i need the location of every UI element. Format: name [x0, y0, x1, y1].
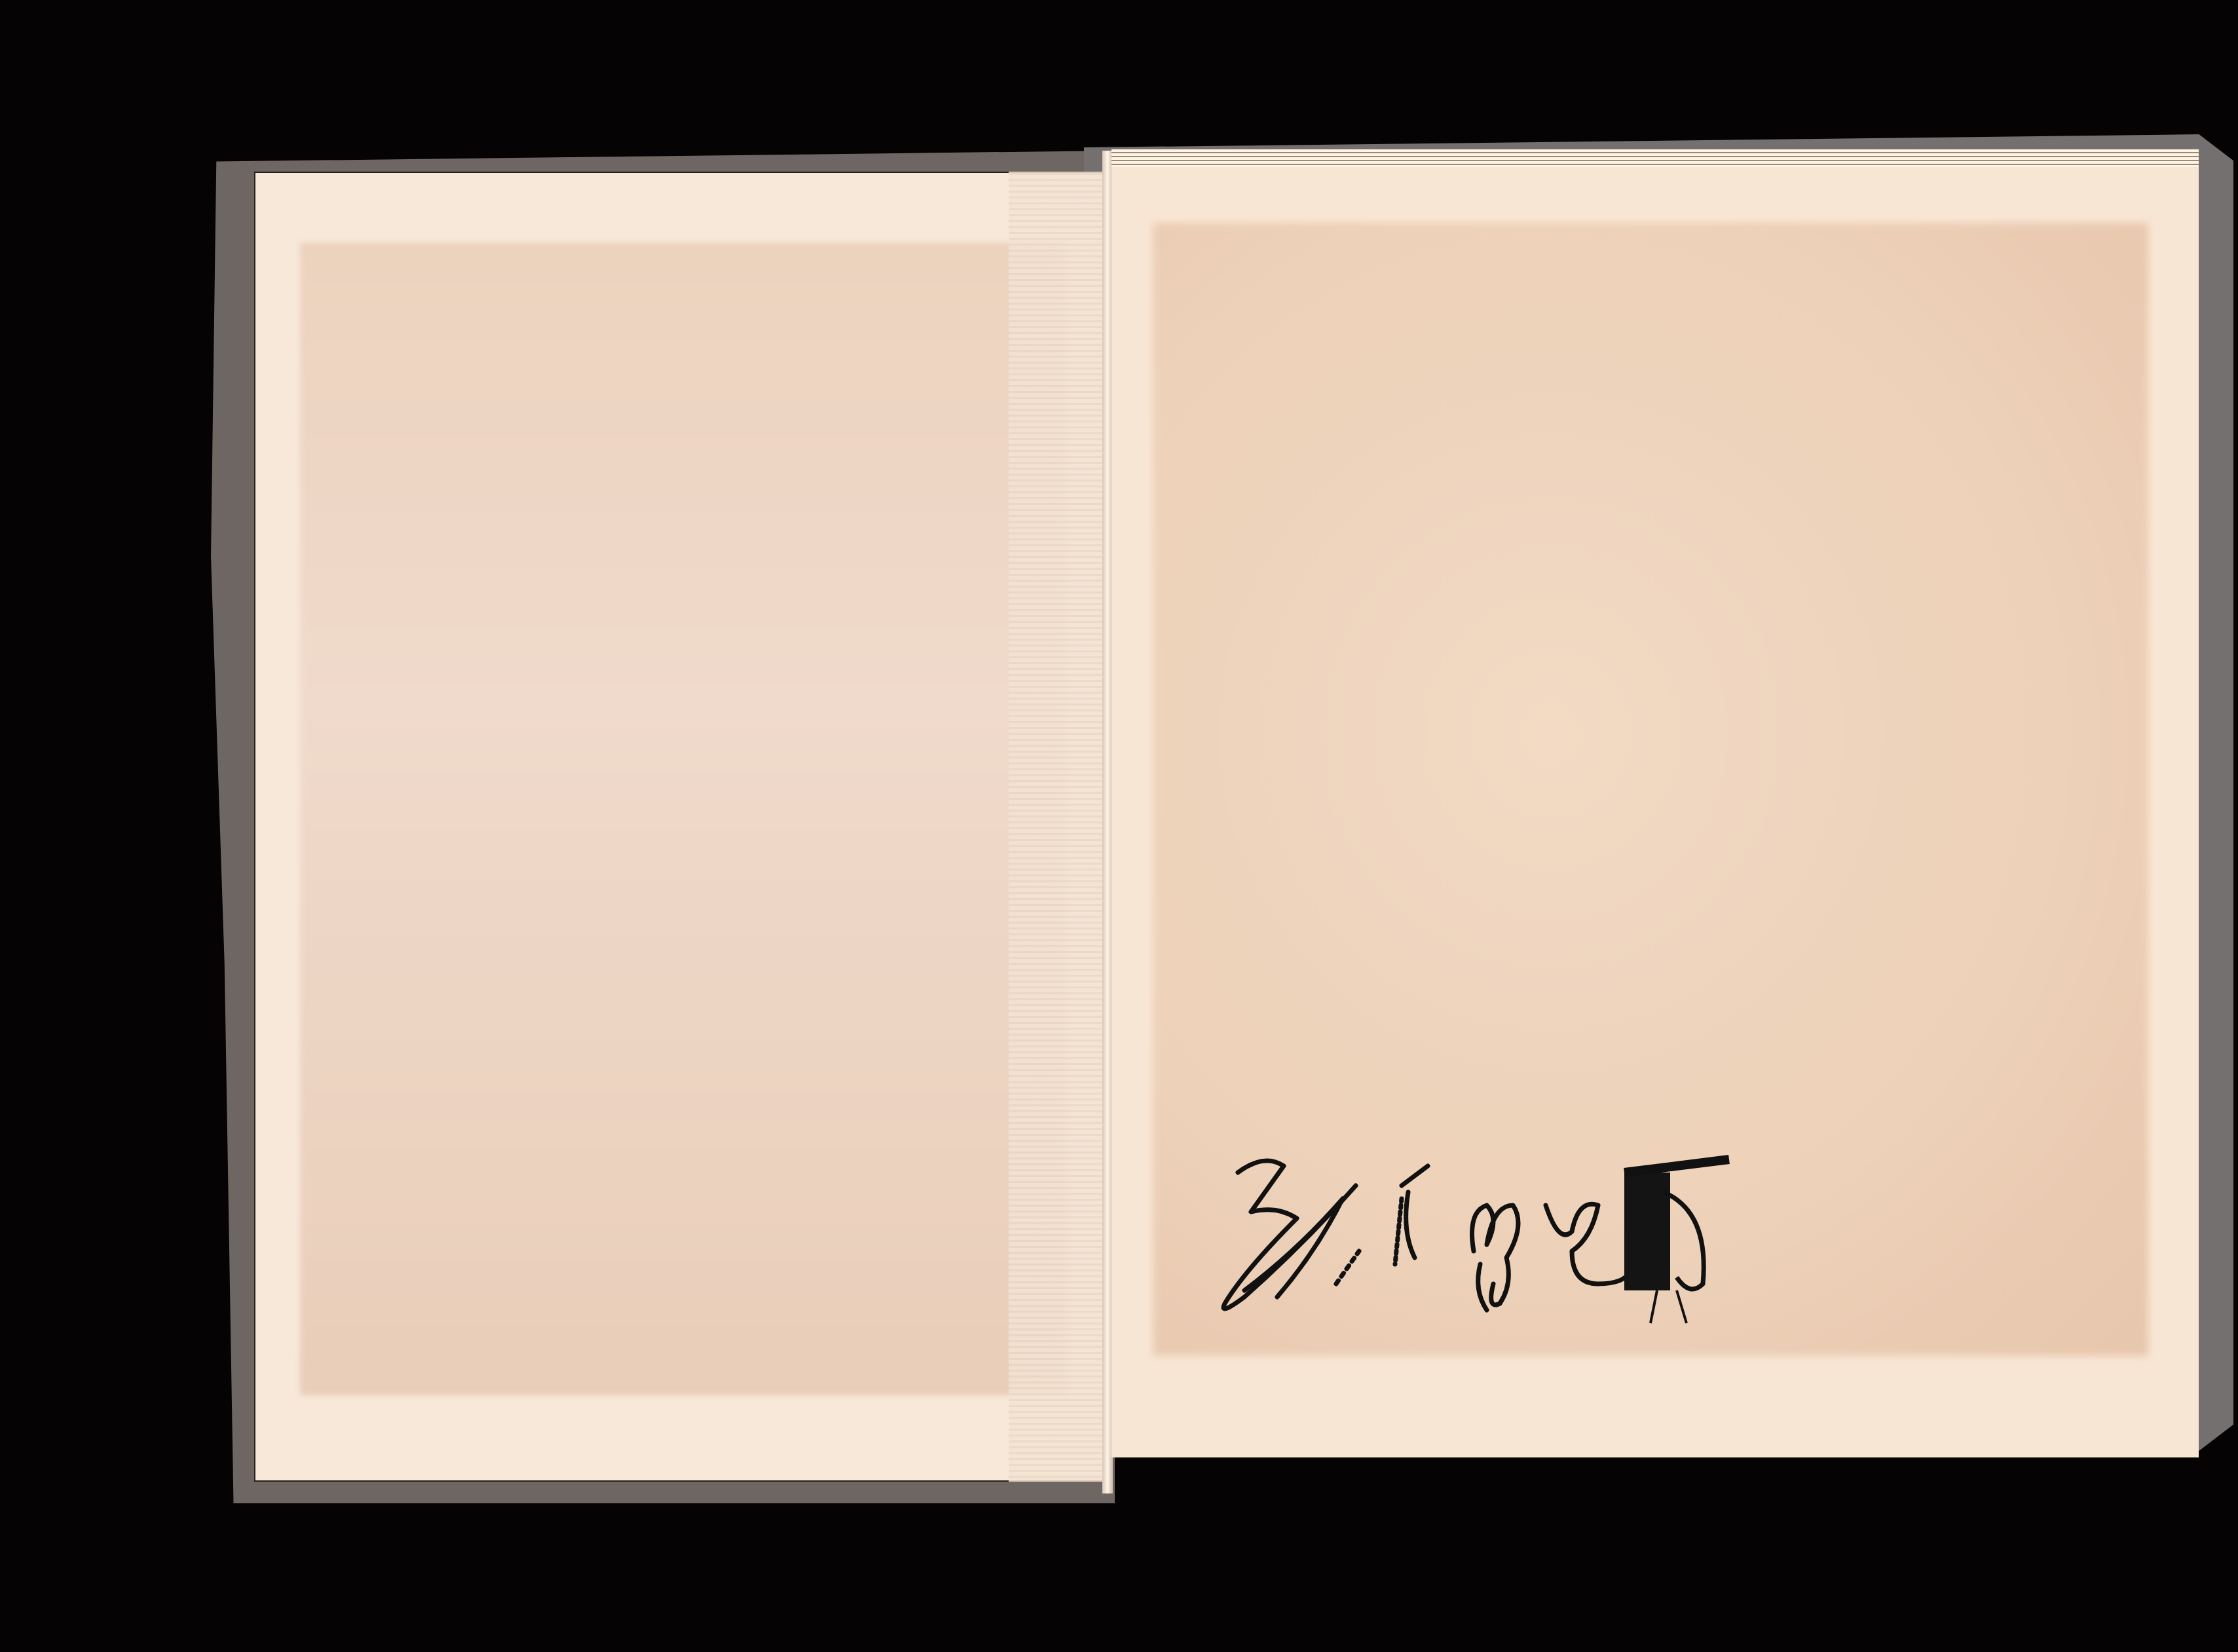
binding-hinge — [1009, 172, 1104, 1482]
handwritten-signature — [1205, 1133, 1827, 1330]
left-page-tanning-stain — [300, 242, 1066, 1395]
signature-ink-strokes — [1205, 1133, 1827, 1330]
